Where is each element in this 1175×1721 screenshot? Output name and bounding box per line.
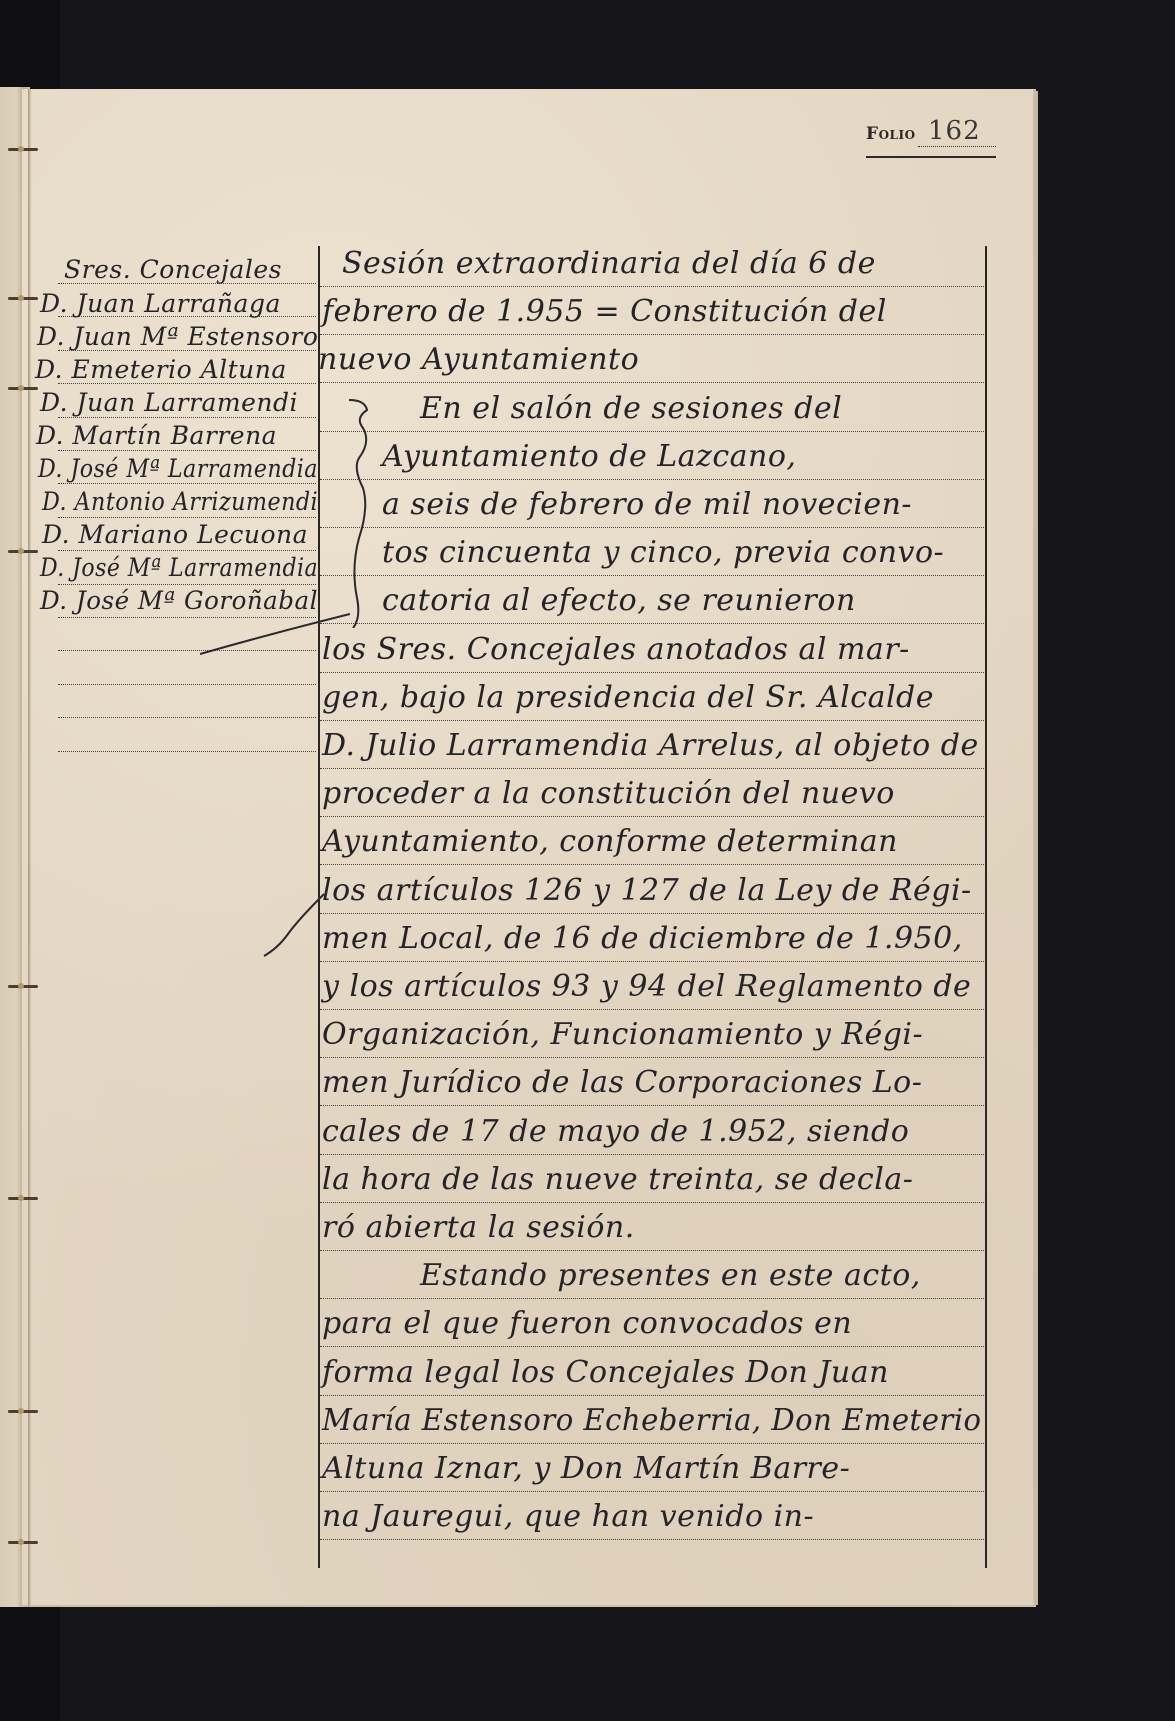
minutes-line: catoria al efecto, se reunieron xyxy=(382,583,856,618)
minutes-line: Organización, Funcionamiento y Régi- xyxy=(322,1017,923,1052)
minutes-line: na Jauregui, que han venido in- xyxy=(322,1499,814,1534)
minutes-line: Sesión extraordinaria del día 6 de xyxy=(342,246,876,281)
page-stack-edge xyxy=(1035,91,1038,1605)
binding-stitch xyxy=(8,148,38,151)
ruled-line xyxy=(320,575,984,576)
ruled-line xyxy=(58,550,316,551)
ruled-line xyxy=(320,1491,984,1492)
minutes-line: En el salón de sesiones del xyxy=(420,391,842,426)
ruled-line xyxy=(58,684,316,685)
attendee-name: D. José Mª Larramendia xyxy=(38,454,318,483)
ruled-line xyxy=(320,1202,984,1203)
minutes-line: los Sres. Concejales anotados al mar- xyxy=(322,632,910,667)
minutes-line: men Local, de 16 de diciembre de 1.950, xyxy=(322,921,963,956)
ruled-line xyxy=(320,623,984,624)
ruled-line xyxy=(320,286,984,287)
ruled-line xyxy=(58,517,316,518)
ruled-line xyxy=(320,1539,984,1540)
minutes-line: a seis de febrero de mil novecien- xyxy=(382,487,912,522)
minutes-line: María Estensoro Echeberria, Don Emeterio xyxy=(322,1403,982,1438)
pen-flourish xyxy=(258,890,328,960)
ruled-line xyxy=(320,1346,984,1347)
ruled-line xyxy=(320,672,984,673)
attendee-name: D. Martín Barrena xyxy=(36,421,277,450)
minutes-line: nuevo Ayuntamiento xyxy=(318,342,639,377)
ruled-line xyxy=(320,913,984,914)
ruled-line xyxy=(320,431,984,432)
binding-stitch xyxy=(8,1197,38,1200)
attendee-name: D. Juan Larrañaga xyxy=(40,289,281,318)
minutes-line: men Jurídico de las Corporaciones Lo- xyxy=(322,1065,922,1100)
ruled-line xyxy=(320,334,984,335)
folio-number: 162 xyxy=(928,116,981,146)
minutes-line: febrero de 1.955 = Constitución del xyxy=(322,294,887,329)
attendee-name: D. Antonio Arrizumendi xyxy=(42,487,318,516)
attendee-name: D. Juan Larramendi xyxy=(40,388,298,417)
minutes-line: Ayuntamiento, conforme determinan xyxy=(322,824,898,859)
binding-fold xyxy=(28,89,31,1607)
binding-stitch xyxy=(8,1541,38,1544)
margin-rule-right xyxy=(985,246,987,1568)
ruled-line xyxy=(320,1009,984,1010)
binding-stitch xyxy=(8,387,38,390)
ruled-line xyxy=(320,479,984,480)
binding-stitch xyxy=(8,985,38,988)
ruled-line xyxy=(320,1105,984,1106)
minutes-line: gen, bajo la presidencia del Sr. Alcalde xyxy=(322,680,934,715)
ruled-line xyxy=(320,961,984,962)
folio-label: Folio xyxy=(866,124,916,144)
minutes-line: tos cincuenta y cinco, previa convo- xyxy=(382,535,944,570)
curly-brace-mark xyxy=(345,398,375,628)
folio-underline xyxy=(866,156,996,158)
minutes-line: Ayuntamiento de Lazcano, xyxy=(382,439,796,474)
binding-stitch xyxy=(8,1410,38,1413)
ruled-line xyxy=(58,584,316,585)
binding-stitch xyxy=(8,550,38,553)
attendee-name: D. José Mª Goroñabal xyxy=(40,586,318,615)
ruled-line xyxy=(320,1250,984,1251)
ruled-line xyxy=(320,720,984,721)
binding-stitch xyxy=(8,297,38,300)
folio-dotted-line xyxy=(918,146,996,147)
ruled-line xyxy=(320,1057,984,1058)
minutes-line: los artículos 126 y 127 de la Ley de Rég… xyxy=(322,873,972,908)
minutes-line: ró abierta la sesión. xyxy=(322,1210,635,1245)
ruled-line xyxy=(58,717,316,718)
minutes-line: forma legal los Concejales Don Juan xyxy=(322,1355,889,1390)
minutes-line: cales de 17 de mayo de 1.952, siendo xyxy=(322,1114,909,1149)
ruled-line xyxy=(58,751,316,752)
attendee-name: D. José Mª Larramendia xyxy=(40,553,318,582)
ruled-line xyxy=(320,816,984,817)
ruled-line xyxy=(58,450,316,451)
minutes-line: la hora de las nueve treinta, se decla- xyxy=(322,1162,913,1197)
ruled-line xyxy=(320,864,984,865)
margin-heading: Sres. Concejales xyxy=(64,255,282,284)
minutes-line: proceder a la constitución del nuevo xyxy=(322,776,895,811)
ruled-line xyxy=(320,1298,984,1299)
attendee-name: D. Juan Mª Estensoro xyxy=(37,322,318,351)
minutes-line: y los artículos 93 y 94 del Reglamento d… xyxy=(322,969,971,1004)
ruled-line xyxy=(320,527,984,528)
attendee-name: D. Mariano Lecuona xyxy=(42,520,308,549)
minutes-line: para el que fueron convocados en xyxy=(322,1306,852,1341)
ruled-line xyxy=(58,483,316,484)
minutes-line: Estando presentes en este acto, xyxy=(420,1258,921,1293)
minutes-line: D. Julio Larramendia Arrelus, al objeto … xyxy=(322,728,979,763)
ruled-line xyxy=(320,1154,984,1155)
folio-header: Folio 162 xyxy=(866,118,998,158)
attendee-name: D. Emeterio Altuna xyxy=(35,355,287,384)
ruled-line xyxy=(320,382,984,383)
ruled-line xyxy=(320,1395,984,1396)
ruled-line xyxy=(320,768,984,769)
minutes-line: Altuna Iznar, y Don Martín Barre- xyxy=(322,1451,850,1486)
ruled-line xyxy=(320,1443,984,1444)
